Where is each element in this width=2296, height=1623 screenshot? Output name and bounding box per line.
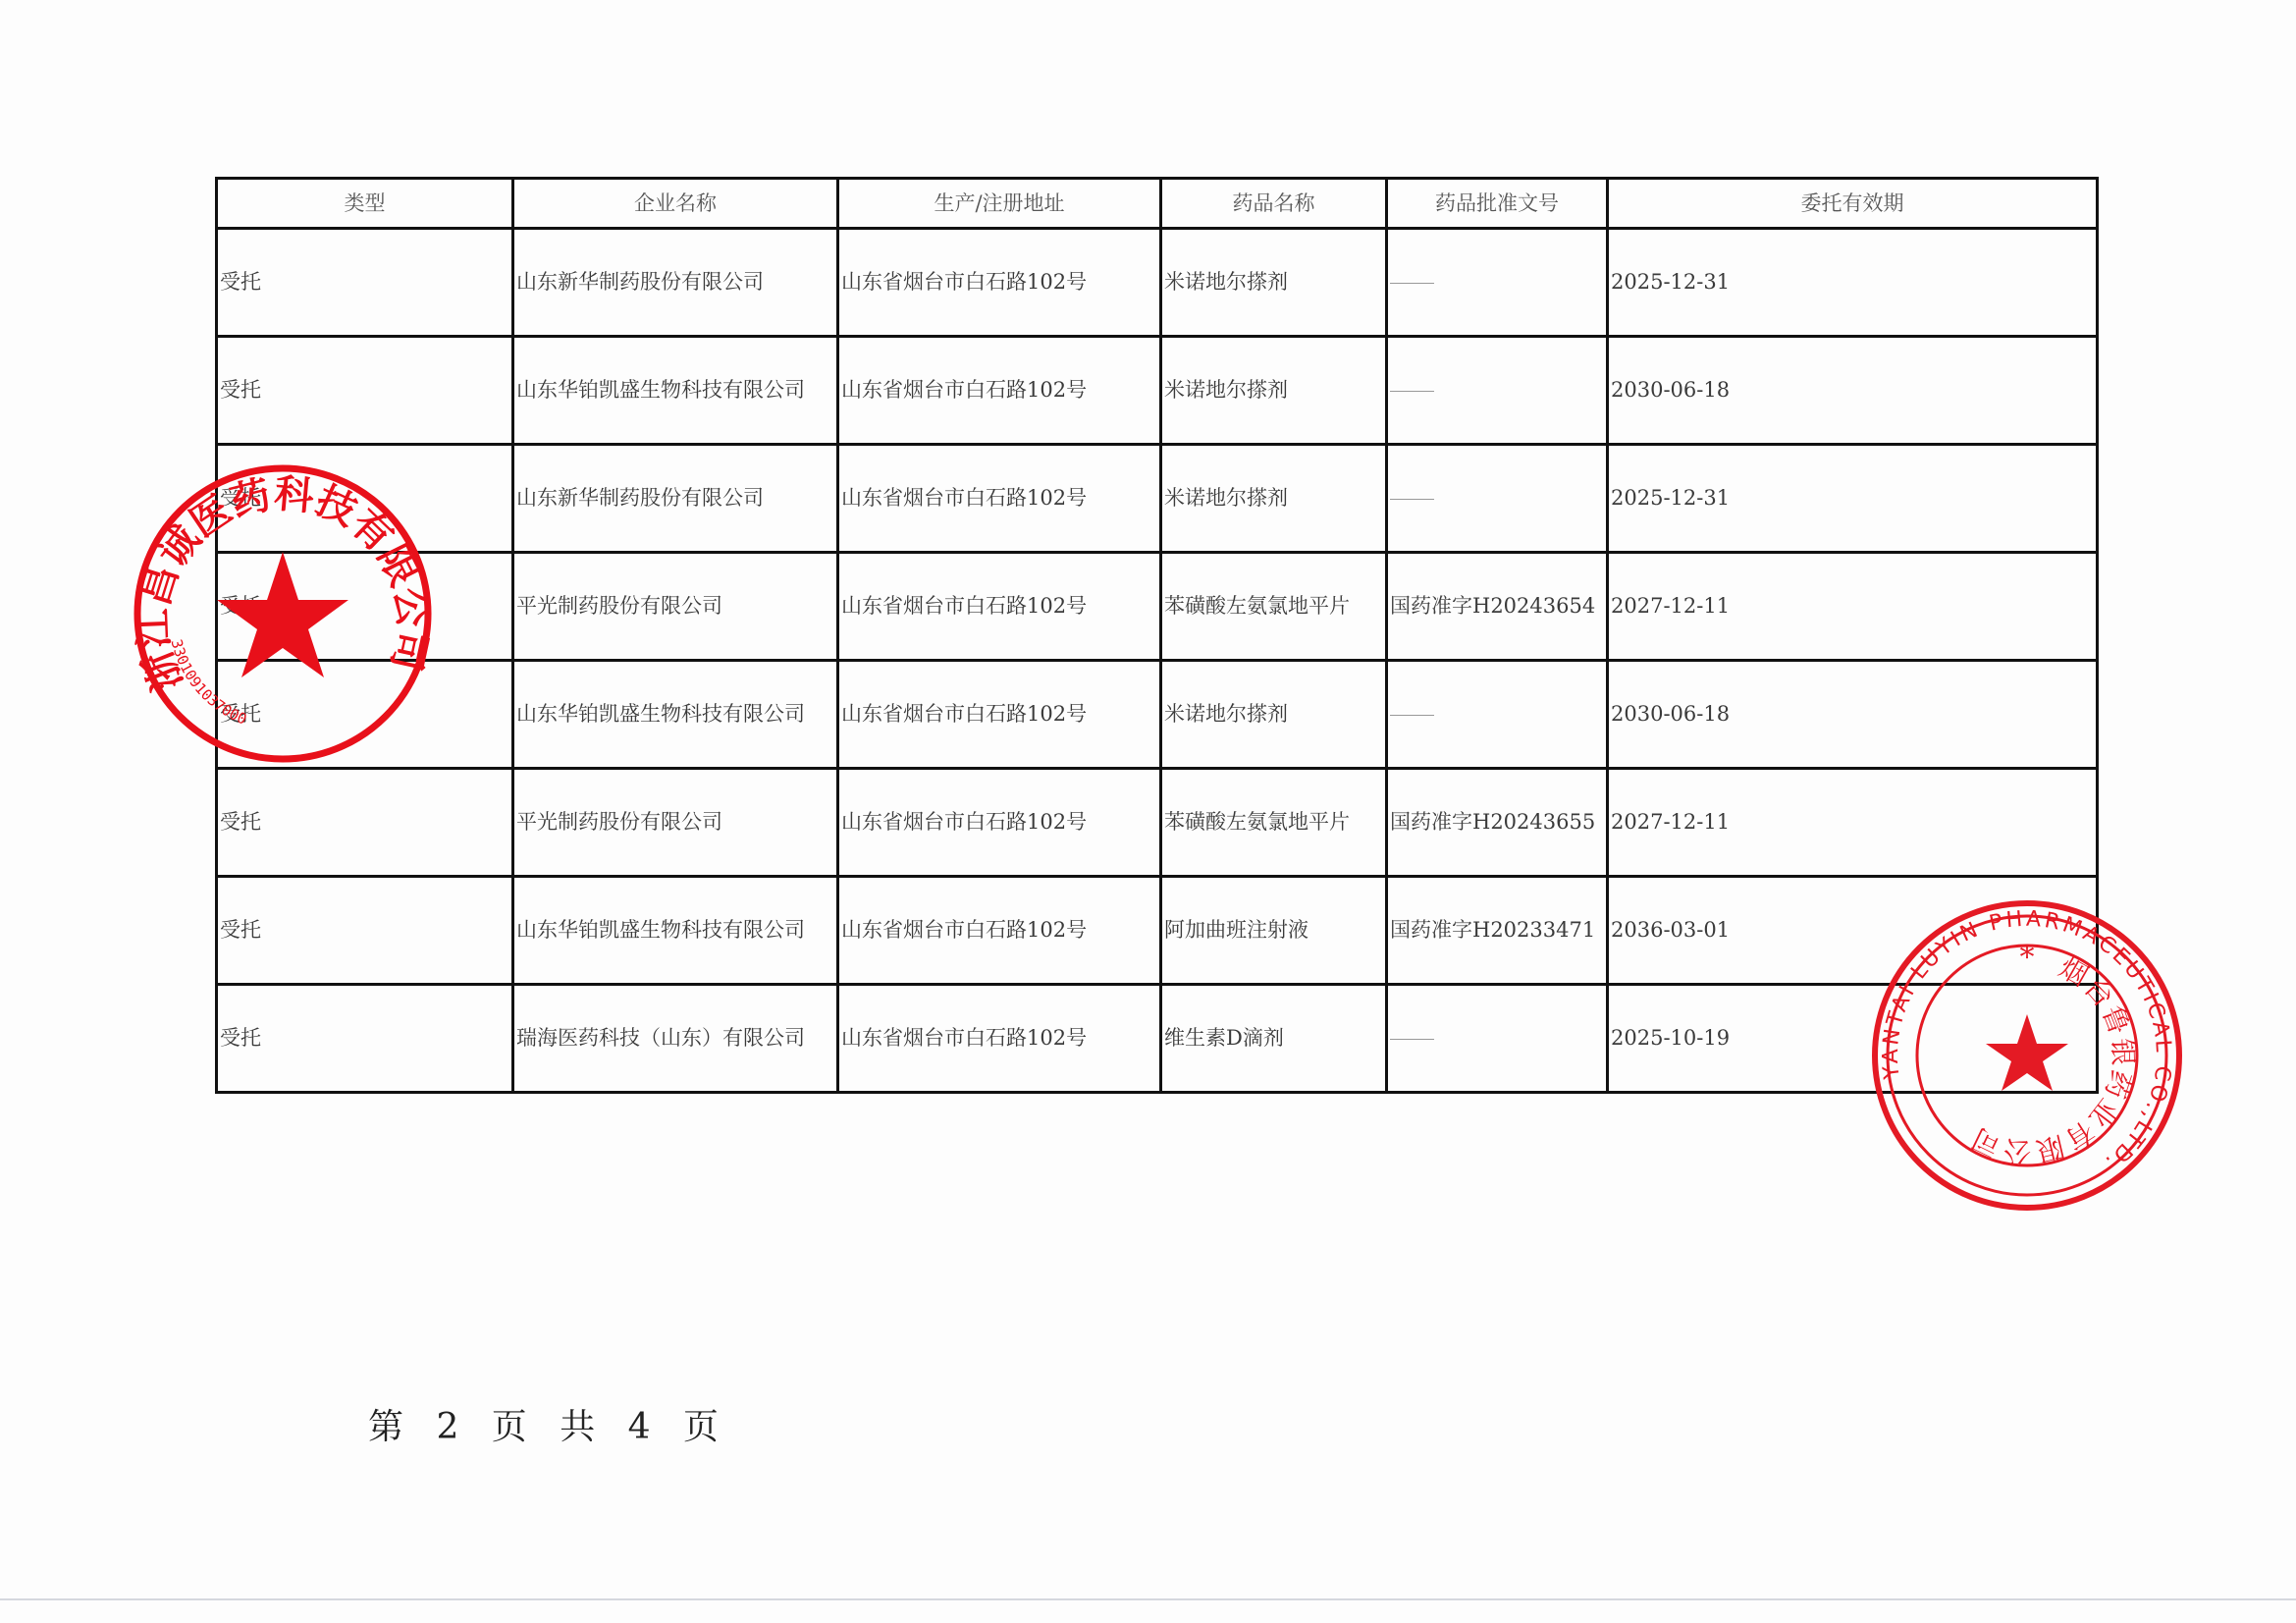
cell-company: 瑞海医药科技（山东）有限公司 xyxy=(513,985,838,1093)
cell-drug-name: 米诺地尔搽剂 xyxy=(1161,229,1387,337)
cell-approval-number: 国药准字H20233471 xyxy=(1387,877,1608,985)
table-row: 受托 山东华铂凯盛生物科技有限公司 山东省烟台市白石路102号 米诺地尔搽剂 2… xyxy=(217,661,2098,769)
cell-type: 受托 xyxy=(217,229,513,337)
cell-approval-number xyxy=(1387,445,1608,553)
cell-validity: 2025-12-31 xyxy=(1608,229,2098,337)
cell-validity: 2025-10-19 xyxy=(1608,985,2098,1093)
cell-drug-name: 米诺地尔搽剂 xyxy=(1161,445,1387,553)
table-row: 受托 平光制药股份有限公司 山东省烟台市白石路102号 苯磺酸左氨氯地平片 国药… xyxy=(217,769,2098,877)
cell-approval-number xyxy=(1387,229,1608,337)
cell-address: 山东省烟台市白石路102号 xyxy=(838,985,1161,1093)
entrustment-table: 类型 企业名称 生产/注册地址 药品名称 药品批准文号 委托有效期 受托 山东新… xyxy=(215,177,2099,1094)
cell-address: 山东省烟台市白石路102号 xyxy=(838,229,1161,337)
cell-address: 山东省烟台市白石路102号 xyxy=(838,445,1161,553)
cell-approval-number xyxy=(1387,337,1608,445)
cell-type: 受托 xyxy=(217,985,513,1093)
cell-type: 受托 xyxy=(217,769,513,877)
cell-type: 受托 xyxy=(217,445,513,553)
cell-drug-name: 米诺地尔搽剂 xyxy=(1161,661,1387,769)
cell-type: 受托 xyxy=(217,661,513,769)
cell-company: 平光制药股份有限公司 xyxy=(513,553,838,661)
table-row: 受托 平光制药股份有限公司 山东省烟台市白石路102号 苯磺酸左氨氯地平片 国药… xyxy=(217,553,2098,661)
cell-company: 山东华铂凯盛生物科技有限公司 xyxy=(513,661,838,769)
cell-drug-name: 维生素D滴剂 xyxy=(1161,985,1387,1093)
cell-validity: 2025-12-31 xyxy=(1608,445,2098,553)
cell-approval-number: 国药准字H20243655 xyxy=(1387,769,1608,877)
header-approval-number: 药品批准文号 xyxy=(1387,179,1608,229)
cell-drug-name: 阿加曲班注射液 xyxy=(1161,877,1387,985)
cell-drug-name: 苯磺酸左氨氯地平片 xyxy=(1161,769,1387,877)
cell-address: 山东省烟台市白石路102号 xyxy=(838,769,1161,877)
cell-address: 山东省烟台市白石路102号 xyxy=(838,553,1161,661)
page-number: 第 2 页 共 4 页 xyxy=(368,1399,722,1449)
cell-validity: 2036-03-01 xyxy=(1608,877,2098,985)
header-address: 生产/注册地址 xyxy=(838,179,1161,229)
cell-address: 山东省烟台市白石路102号 xyxy=(838,337,1161,445)
header-type: 类型 xyxy=(217,179,513,229)
empty-dash xyxy=(1390,391,1434,392)
table-row: 受托 山东华铂凯盛生物科技有限公司 山东省烟台市白石路102号 阿加曲班注射液 … xyxy=(217,877,2098,985)
cell-approval-number xyxy=(1387,985,1608,1093)
cell-company: 山东华铂凯盛生物科技有限公司 xyxy=(513,337,838,445)
table-row: 受托 山东新华制药股份有限公司 山东省烟台市白石路102号 米诺地尔搽剂 202… xyxy=(217,445,2098,553)
cell-type: 受托 xyxy=(217,553,513,661)
header-drug-name: 药品名称 xyxy=(1161,179,1387,229)
cell-validity: 2030-06-18 xyxy=(1608,661,2098,769)
cell-address: 山东省烟台市白石路102号 xyxy=(838,877,1161,985)
table-row: 受托 瑞海医药科技（山东）有限公司 山东省烟台市白石路102号 维生素D滴剂 2… xyxy=(217,985,2098,1093)
cell-type: 受托 xyxy=(217,877,513,985)
cell-address: 山东省烟台市白石路102号 xyxy=(838,661,1161,769)
empty-dash xyxy=(1390,283,1434,284)
cell-company: 山东华铂凯盛生物科技有限公司 xyxy=(513,877,838,985)
table-header-row: 类型 企业名称 生产/注册地址 药品名称 药品批准文号 委托有效期 xyxy=(217,179,2098,229)
cell-validity: 2030-06-18 xyxy=(1608,337,2098,445)
header-company: 企业名称 xyxy=(513,179,838,229)
cell-company: 山东新华制药股份有限公司 xyxy=(513,445,838,553)
header-validity: 委托有效期 xyxy=(1608,179,2098,229)
cell-type: 受托 xyxy=(217,337,513,445)
cell-drug-name: 苯磺酸左氨氯地平片 xyxy=(1161,553,1387,661)
cell-company: 山东新华制药股份有限公司 xyxy=(513,229,838,337)
cell-approval-number xyxy=(1387,661,1608,769)
cell-drug-name: 米诺地尔搽剂 xyxy=(1161,337,1387,445)
empty-dash xyxy=(1390,499,1434,500)
empty-dash xyxy=(1390,1039,1434,1040)
cell-company: 平光制药股份有限公司 xyxy=(513,769,838,877)
cell-approval-number: 国药准字H20243654 xyxy=(1387,553,1608,661)
cell-validity: 2027-12-11 xyxy=(1608,553,2098,661)
cell-validity: 2027-12-11 xyxy=(1608,769,2098,877)
page-bottom-rule xyxy=(0,1598,2296,1600)
table-row: 受托 山东新华制药股份有限公司 山东省烟台市白石路102号 米诺地尔搽剂 202… xyxy=(217,229,2098,337)
table-row: 受托 山东华铂凯盛生物科技有限公司 山东省烟台市白石路102号 米诺地尔搽剂 2… xyxy=(217,337,2098,445)
empty-dash xyxy=(1390,715,1434,716)
